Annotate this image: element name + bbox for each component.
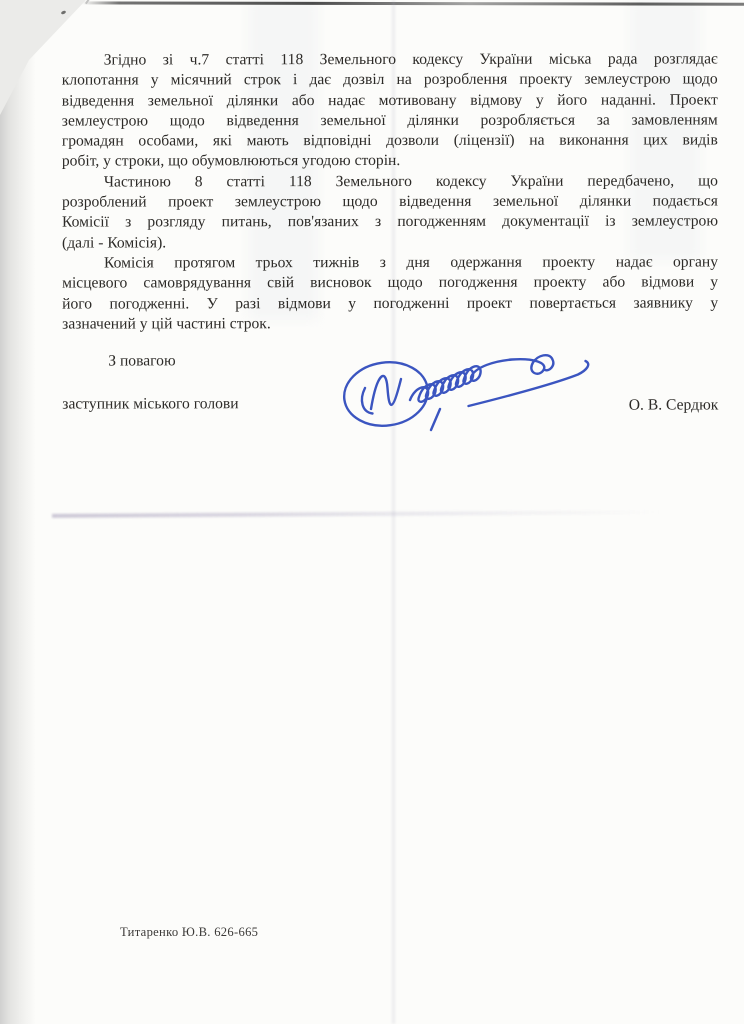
scan-edge-shadow xyxy=(0,0,40,1024)
text-line: розроблений проект землеустрою щодо відв… xyxy=(62,192,718,213)
text-line: Комісія протягом трьох тижнів з дня одер… xyxy=(62,252,718,273)
footer-contact: Титаренко Ю.В. 626-665 xyxy=(120,925,258,940)
text-line: місцевого самоврядування свій висновок щ… xyxy=(62,273,718,294)
text-line: (далі - Комісія). xyxy=(62,232,718,253)
text-line: робіт, у строки, що обумовлюються угодою… xyxy=(62,151,718,172)
scanned-letter-page: Згідно зі ч.7 статті 118 Земельного коде… xyxy=(0,0,744,1024)
paragraph-2: Частиною 8 статті 118 Земельного кодексу… xyxy=(62,171,718,253)
text-line: громадян особами, які мають відповідні д… xyxy=(62,131,718,152)
text-line: землеустрою щодо відведення земельної ді… xyxy=(62,110,718,131)
signature-scribble xyxy=(326,349,641,436)
signatory-title: заступник міського голови xyxy=(62,395,238,416)
text-line: Частиною 8 статті 118 Земельного кодексу… xyxy=(62,171,718,192)
signatory-name: О. В. Сердюк xyxy=(629,396,719,416)
text-line: його погодженні. У разі відмови у погодж… xyxy=(62,293,718,314)
text-line: Комісії з розгляду питань, пов'язаних з … xyxy=(62,212,718,233)
paragraph-1: Згідно зі ч.7 статті 118 Земельного коде… xyxy=(62,49,718,172)
text-line: Згідно зі ч.7 статті 118 Земельного коде… xyxy=(62,49,718,70)
text-line: відведення земельної ділянки або надає м… xyxy=(62,90,718,111)
paragraph-3: Комісія протягом трьох тижнів з дня одер… xyxy=(62,252,718,334)
page-top-edge xyxy=(0,1,744,6)
fold-crease-horizontal xyxy=(52,510,662,518)
text-line: зазначений у цій частині строк. xyxy=(62,313,718,334)
text-line: клопотання у місячний строк і дає дозвіл… xyxy=(62,70,718,91)
